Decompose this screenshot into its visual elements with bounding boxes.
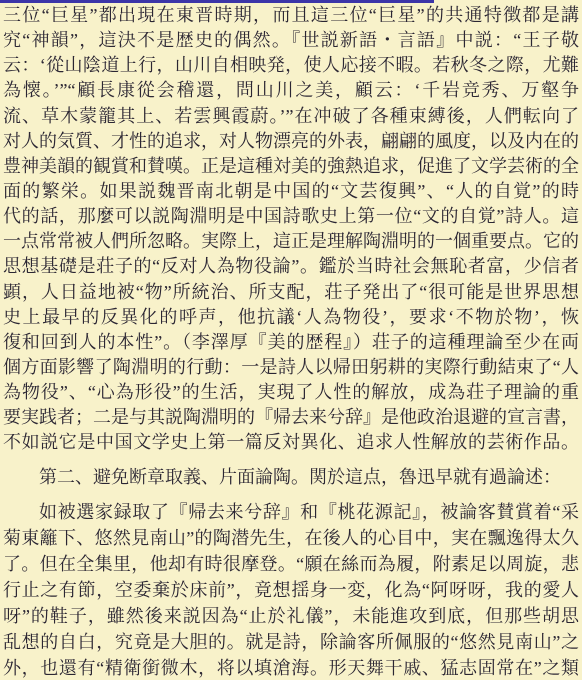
text-line: 史上最早的反異化的呼声，他抗議‘人為物役’，要求‘不物於物’，恢 — [3, 305, 579, 330]
page-text: 三位“巨星”都出現在東晋時期，而且這三位“巨星”的共通特徴都是講究“神韻”，這決… — [3, 3, 579, 680]
paragraph-3: 如被選家録取了『帰去来兮辞』和『桃花源記』，被論客賛賞着“采菊東籬下、悠然見南山… — [3, 499, 579, 680]
text-line: 云：‘從山陰道上行，山川自相映発，使人応接不暇。若秋冬之際，尤難 — [3, 53, 579, 78]
text-line: 面的繁栄。如果説魏晋南北朝是中国的“文芸復興”、“人的自覚”的時 — [3, 179, 579, 204]
text-line: 豊神美韻的観賞和賛嘆。正是這種対美的強熱追求，促進了文学芸術的全 — [3, 154, 579, 179]
text-line: 一点常常被人們所忽略。実際上，這正是理解陶淵明的一個重要点。它的 — [3, 229, 579, 254]
text-line: 不如説它是中国文学史上第一篇反対異化、追求人性解放的芸術作品。 — [3, 430, 579, 455]
text-line: 行止之有節，空委棄於床前”，竟想揺身一変，化為“阿呀呀，我的愛人 — [3, 577, 579, 603]
text-line: 对人的気質、才性的追求，对人物漂亮的外表，翩翩的風度，以及内在的 — [3, 129, 579, 154]
text-line: 呀”的鞋子，雖然後来説因為“止於礼儀”，未能進攻到底，但那些胡思 — [3, 603, 579, 629]
paragraph-2: 第二、避免断章取義、片面論陶。関於這点，魯迅早就有過論述： — [3, 465, 579, 490]
text-line: 為懐。’”“顧長康從会稽還，問山川之美，顧云：‘千岩竞秀、万壑争 — [3, 78, 579, 103]
text-line: 菊東籬下、悠然見南山”的陶潜先生，在後人的心目中，実在飄逸得太久 — [3, 525, 579, 551]
text-line: 三位“巨星”都出現在東晋時期，而且這三位“巨星”的共通特徴都是講 — [3, 3, 579, 28]
text-line: 要実践者；二是与其説陶淵明的『帰去来兮辞』是他政治退避的宣言書， — [3, 405, 579, 430]
text-line: 了。但在全集里，他却有時很摩登。“願在絲而為履，附素足以周旋，悲 — [3, 551, 579, 577]
text-line: 個方面影響了陶淵明的行動：一是詩人以帰田躬耕的実際行動結束了“人 — [3, 355, 579, 380]
text-line: 思想基礎是荘子的“反对人為物役論”。鑑於当時社会無恥者富，少信者 — [3, 254, 579, 279]
paragraph-1: 三位“巨星”都出現在東晋時期，而且這三位“巨星”的共通特徴都是講究“神韻”，這決… — [3, 3, 579, 456]
scanned-book-page: 三位“巨星”都出現在東晋時期，而且這三位“巨星”的共通特徴都是講究“神韻”，這決… — [0, 0, 582, 680]
text-line: 乱想的自白，究竟是大胆的。就是詩，除論客所佩服的“悠然見南山”之 — [3, 629, 579, 655]
text-line: 代的話，那麼可以説陶淵明是中国詩歌史上第一位“文的自覚”詩人。這 — [3, 204, 579, 229]
text-line: 顕，人日益地被“物”所統治、所支配，荘子発出了“很可能是世界思想 — [3, 280, 579, 305]
text-line: 外，也還有“精衛銜微木，将以填滄海。形天舞干戚、猛志固常在”之類 — [3, 655, 579, 680]
text-line: 第二、避免断章取義、片面論陶。関於這点，魯迅早就有過論述： — [3, 465, 579, 490]
text-line: 如被選家録取了『帰去来兮辞』和『桃花源記』，被論客賛賞着“采 — [3, 499, 579, 525]
text-line: 為物役”、“心為形役”的生活，実現了人性的解放，成為荘子理論的重 — [3, 380, 579, 405]
text-line: 流、草木蒙籠其上、若雲興霞蔚。’”在冲破了各種束縛後，人們転向了 — [3, 104, 579, 129]
text-line: 究“神韻”，這決不是歴史的偶然。『世説新語・言語』中説：“王子敬 — [3, 28, 579, 53]
text-line: 復和回到人的本性”。（李澤厚『美的歴程』）荘子的這種理論至少在両 — [3, 330, 579, 355]
